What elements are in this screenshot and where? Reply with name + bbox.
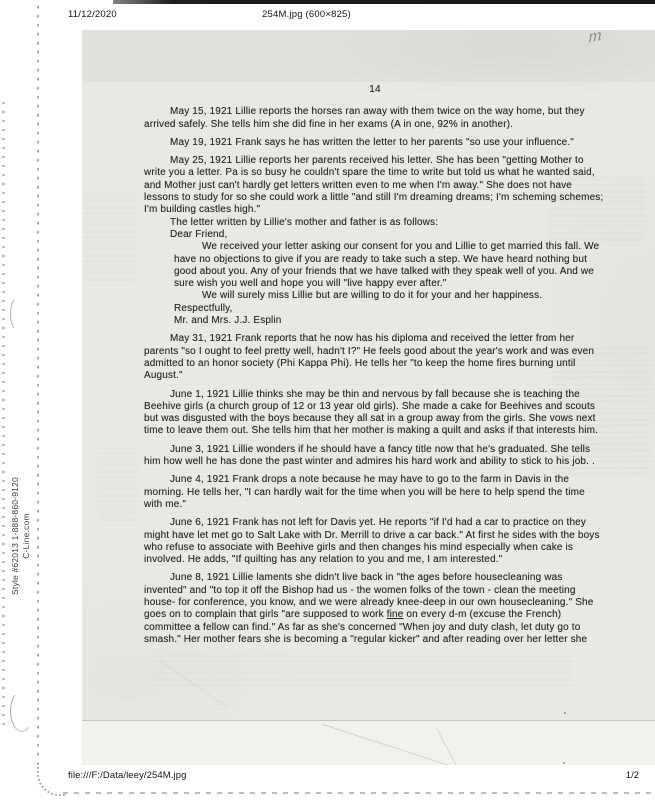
scanned-document: m 14 May 15, 1921 Lillie reports the hor…	[82, 30, 655, 765]
sleeve-bottom-edge	[63, 792, 655, 794]
sleeve-brand: C-Line.com	[21, 450, 32, 622]
document-paragraph: Dear Friend,	[144, 229, 606, 241]
document-paragraph: June 4, 1921 Frank drops a note because …	[144, 474, 606, 511]
document-paragraph: June 3, 1921 Lillie wonders if he should…	[144, 444, 606, 469]
document-paragraph: June 8, 1921 Lillie laments she didn't l…	[144, 572, 606, 646]
bleed-through-texture	[84, 190, 136, 280]
document-paragraph: We will surely miss Lillie but are willi…	[174, 290, 606, 302]
sleeve-glare-arc	[10, 296, 28, 332]
document-paragraph: May 15, 1921 Lillie reports the horses r…	[144, 106, 606, 131]
handwritten-mark: m	[588, 30, 603, 46]
print-header-title: 254M.jpg (600×825)	[262, 9, 351, 20]
print-footer-page-indicator: 1/2	[626, 770, 639, 781]
print-header-date: 11/12/2020	[68, 9, 117, 20]
document-paragraph: June 6, 1921 Frank has not left for Davi…	[144, 517, 606, 566]
document-paragraph: Respectfully,	[174, 303, 606, 315]
scan-speck	[563, 762, 565, 764]
document-paragraph: May 19, 1921 Frank says he has written t…	[144, 137, 606, 149]
sleeve-glare-arc	[10, 690, 34, 732]
scan-speck	[564, 712, 566, 714]
document-paragraph: May 25, 1921 Lillie reports her parents …	[144, 155, 606, 216]
bleed-through-texture	[152, 652, 572, 686]
sleeve-vertical-label: Style #62013 1-888-860-9120 C-Line.com	[10, 450, 32, 622]
print-footer-file-url: file:///F:/Data/leey/254M.jpg	[68, 770, 187, 781]
sleeve-perforation-corner	[37, 762, 65, 796]
document-paragraph: June 1, 1921 Lillie thinks she may be th…	[144, 389, 606, 438]
document-paragraph: We received your letter asking our conse…	[174, 241, 606, 290]
typed-text: 14 May 15, 1921 Lillie reports the horse…	[144, 84, 606, 646]
sleeve-edge-marks	[2, 95, 5, 725]
document-paragraph: May 31, 1921 Frank reports that he now h…	[144, 333, 606, 382]
page-lower-strip	[82, 721, 655, 765]
document-paragraph: The letter written by Lillie's mother an…	[144, 217, 606, 229]
sleeve-perforation-line	[37, 6, 39, 762]
scan-top-edge	[113, 0, 655, 4]
print-page: { "page": { "header": { "date": "11/12/2…	[0, 0, 655, 800]
bleed-through-texture	[98, 450, 138, 520]
page-number: 14	[144, 84, 606, 96]
document-paragraph: Mr. and Mrs. J.J. Esplin	[174, 315, 606, 327]
sleeve-style-number: Style #62013 1-888-860-9120	[10, 450, 21, 622]
